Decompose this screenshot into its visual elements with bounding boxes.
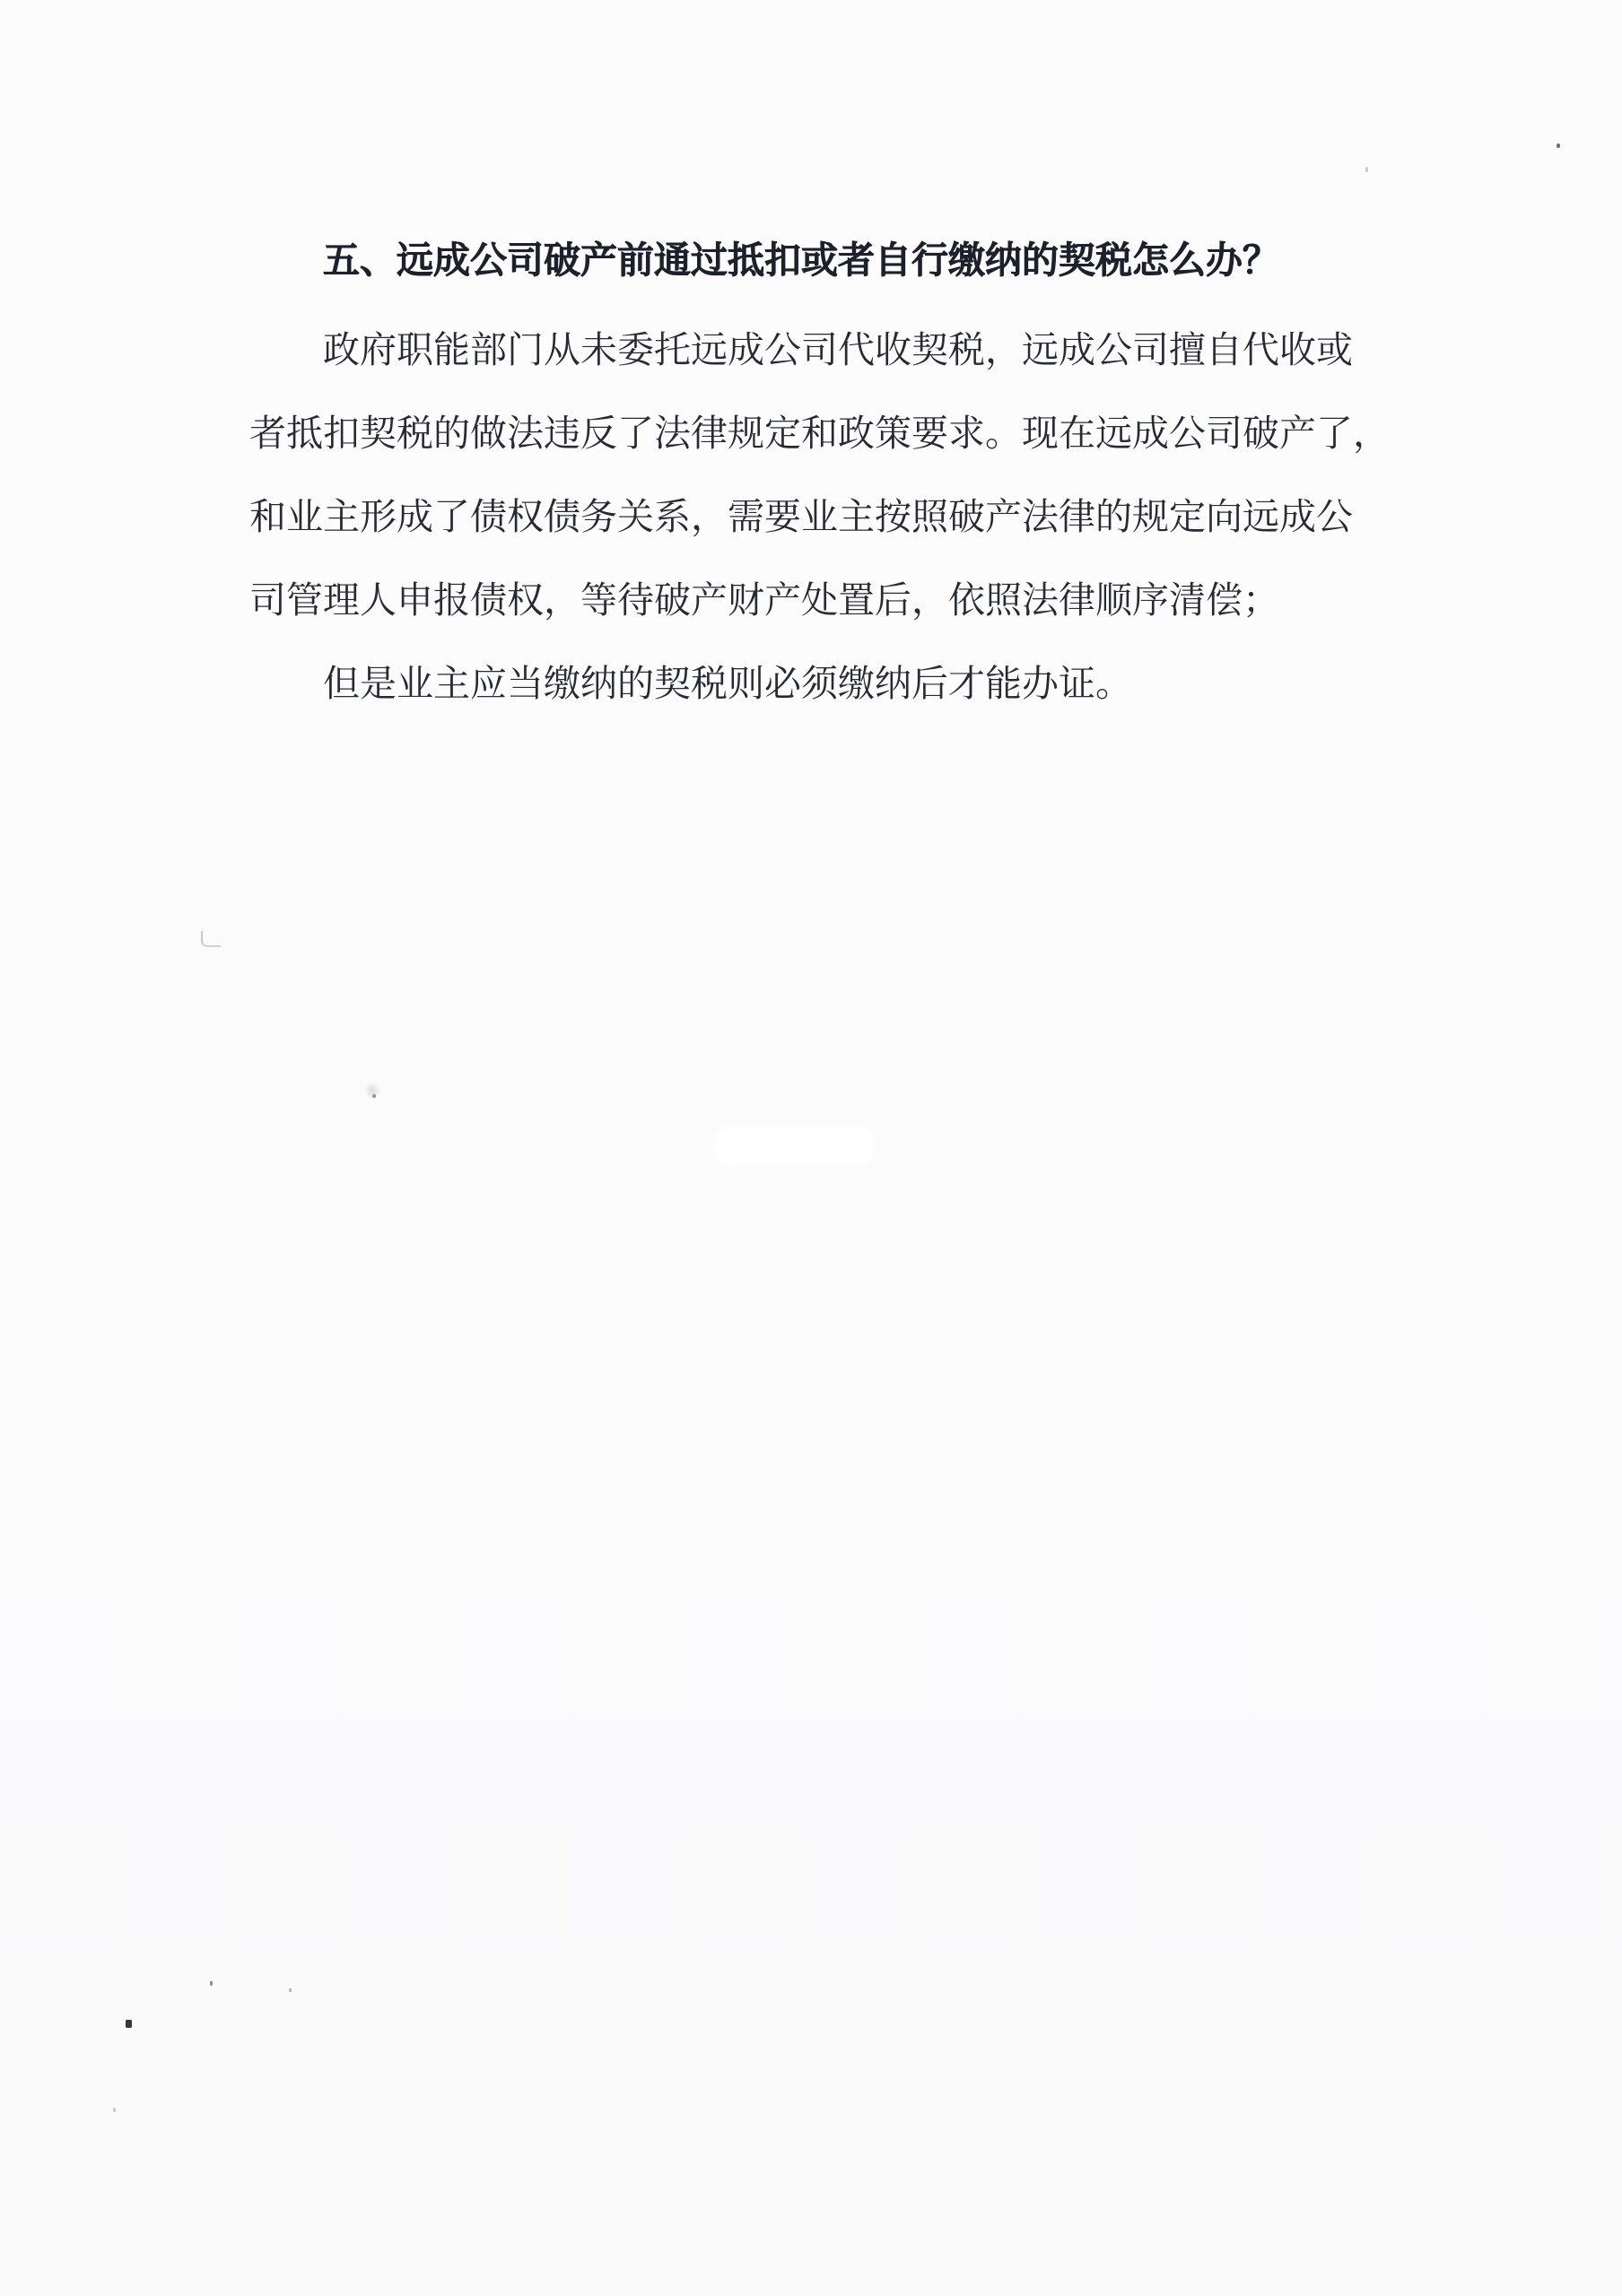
paragraph2-line1: 但是业主应当缴纳的契税则必须缴纳后才能办证。	[249, 662, 1132, 705]
scan-speck	[113, 2108, 116, 2112]
section-heading: 五、远成公司破产前通过抵扣或者自行缴纳的契税怎么办？	[249, 239, 1279, 282]
scan-white-smudge	[713, 1126, 875, 1167]
paragraph1-line4: 司管理人申报债权，等待破产财产处置后，依照法律顺序清偿；	[249, 578, 1279, 622]
scan-speck	[1557, 143, 1560, 148]
scanned-document-page: 五、远成公司破产前通过抵扣或者自行缴纳的契税怎么办？ 政府职能部门从未委托远成公…	[0, 0, 1622, 2296]
scan-corner-mark	[201, 931, 221, 947]
scan-speck	[289, 1988, 292, 1992]
scan-speck	[372, 1094, 376, 1098]
scan-speck	[210, 1981, 213, 1986]
scan-smudge	[364, 1082, 380, 1100]
paragraph1-line3: 和业主形成了债权债务关系，需要业主按照破产法律的规定向远成公	[249, 495, 1353, 538]
paragraph1-line1: 政府职能部门从未委托远成公司代收契税，远成公司擅自代收或	[249, 328, 1353, 371]
scan-speck	[126, 2020, 132, 2028]
scan-speck	[1365, 167, 1368, 172]
paragraph1-line2: 者抵扣契税的做法违反了法律规定和政策要求。现在远成公司破产了，	[249, 412, 1390, 455]
